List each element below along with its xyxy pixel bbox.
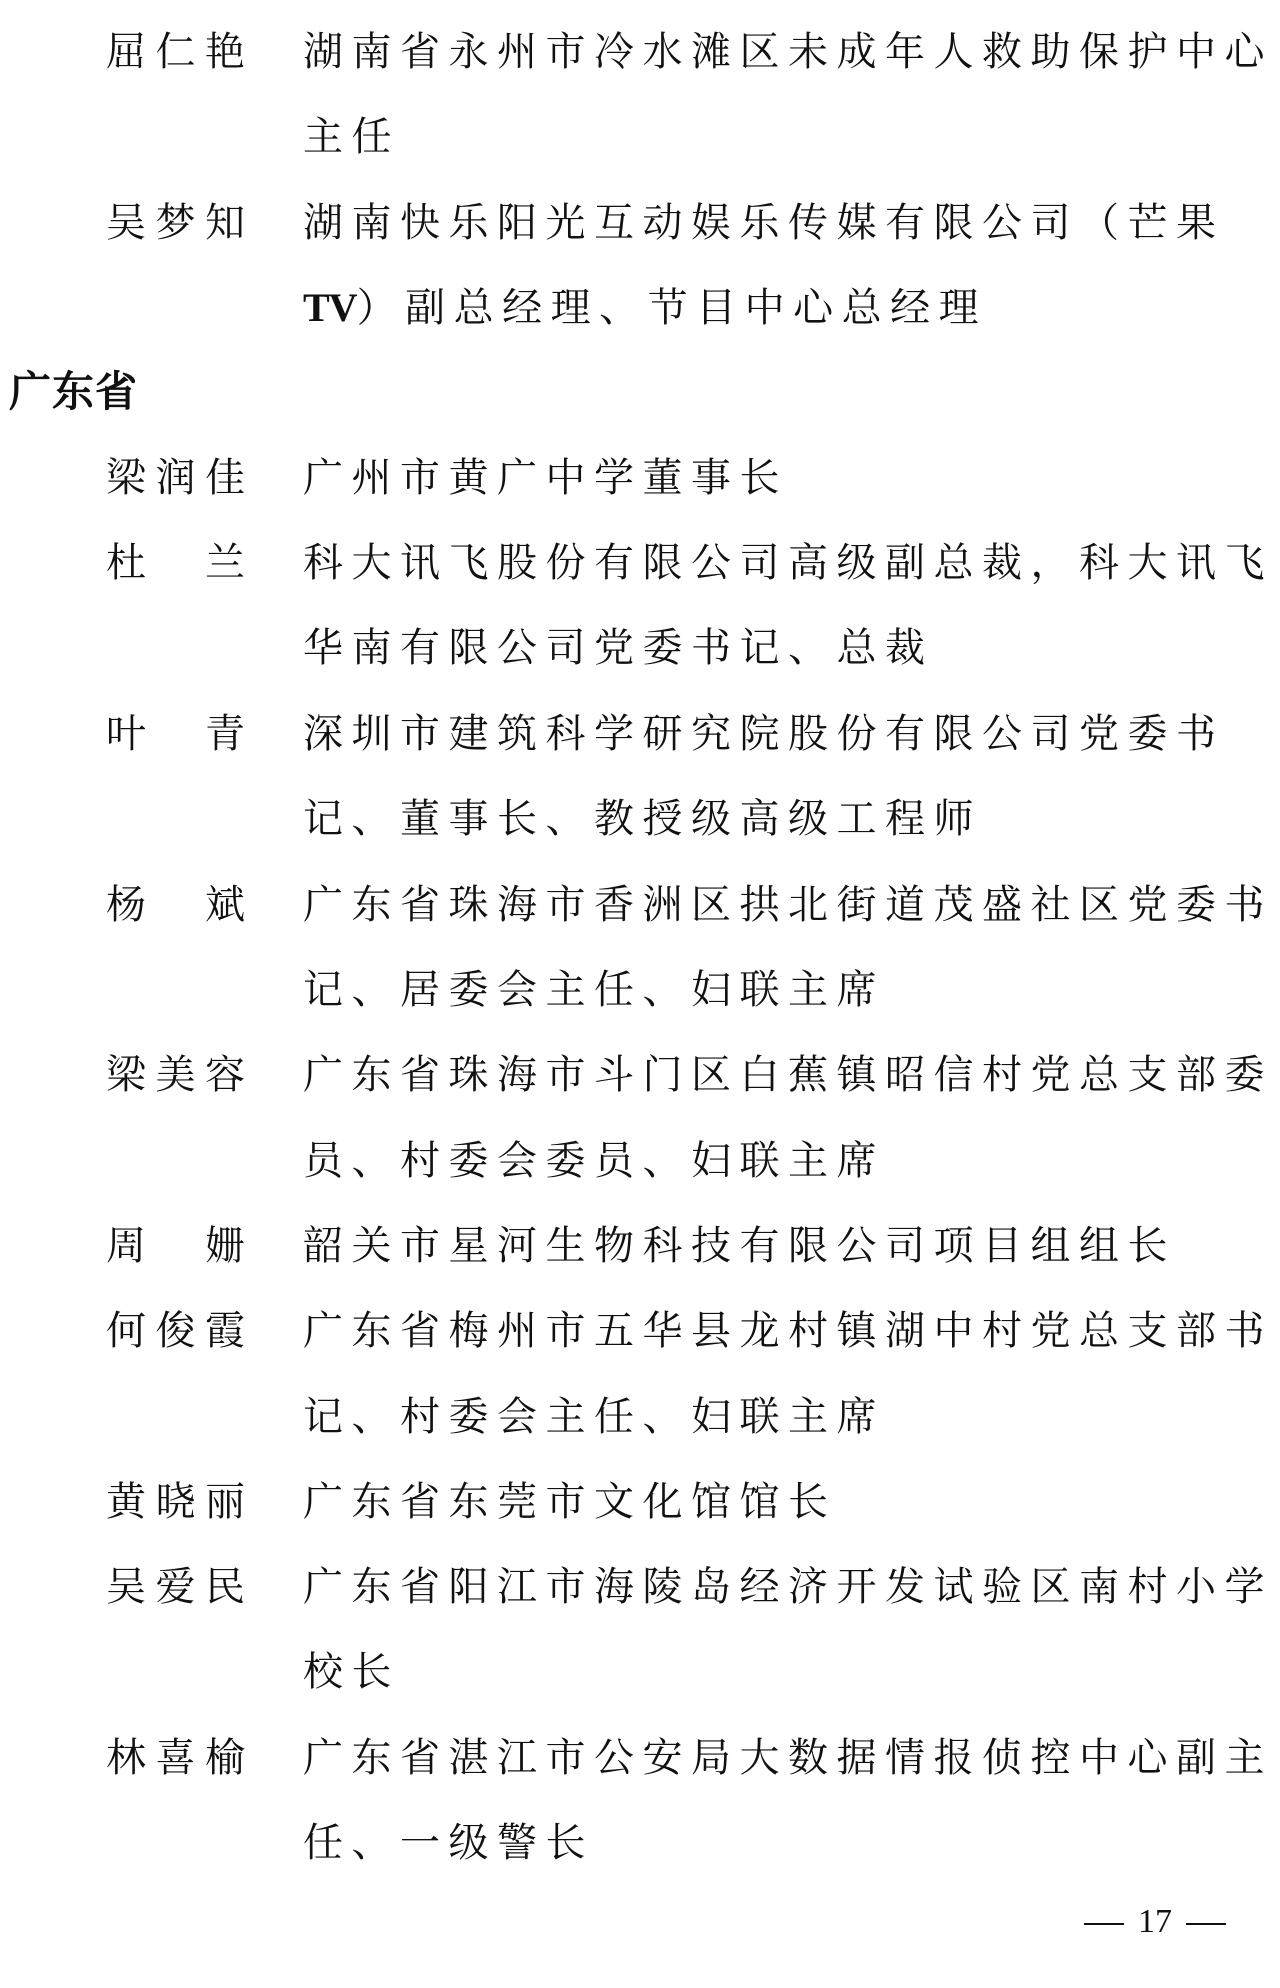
entry-name: 杨斌 (106, 880, 256, 930)
entry-name: 吴梦知 (106, 198, 256, 248)
dash-right (1186, 1923, 1226, 1925)
entry-description-line: 记、居委会主任、妇联主席 (303, 965, 1280, 1015)
entry-description-line: 湖南省永州市冷水滩区未成年人救助保护中心 (303, 27, 1280, 77)
entry-description-line: 韶关市星河生物科技有限公司项目组组长 (303, 1221, 1280, 1271)
dash-left (1084, 1923, 1124, 1925)
entry-name: 屈仁艳 (106, 27, 256, 77)
entry-name: 梁润佳 (106, 453, 256, 503)
entry-description-line: 记、董事长、教授级高级工程师 (303, 794, 1280, 844)
entry-description-line: 广东省湛江市公安局大数据情报侦控中心副主 (303, 1733, 1280, 1783)
entry-description-line: 深圳市建筑科学研究院股份有限公司党委书 (303, 709, 1280, 759)
page-number-value: 17 (1138, 1903, 1172, 1940)
entry-description-line: 广东省梅州市五华县龙村镇湖中村党总支部书 (303, 1306, 1280, 1356)
entry-description-line: 广东省阳江市海陵岛经济开发试验区南村小学 (303, 1562, 1280, 1612)
entry-description-line: 记、村委会主任、妇联主席 (303, 1392, 1280, 1442)
entry-description-line: 湖南快乐阳光互动娱乐传媒有限公司（芒果 (303, 198, 1280, 248)
section-heading-province: 广东省 (9, 367, 138, 417)
entry-name: 黄晓丽 (106, 1477, 256, 1527)
entry-description-line: 校长 (303, 1647, 1280, 1697)
entry-description-line: 员、村委会委员、妇联主席 (303, 1136, 1280, 1186)
entry-name: 何俊霞 (106, 1306, 256, 1356)
entry-description-line: 广东省珠海市香洲区拱北街道茂盛社区党委书 (303, 880, 1280, 930)
entry-description-line: 广东省珠海市斗门区白蕉镇昭信村党总支部委 (303, 1050, 1280, 1100)
entry-description-line: TV）副总经理、节目中心总经理 (303, 283, 1280, 333)
entry-description-line: 主任 (303, 112, 1280, 162)
entry-name: 林喜榆 (106, 1733, 256, 1783)
entry-description-line: 广东省东莞市文化馆馆长 (303, 1477, 1280, 1527)
entry-name: 吴爱民 (106, 1562, 256, 1612)
entry-description-line: 华南有限公司党委书记、总裁 (303, 623, 1280, 673)
entry-description-line: 任、一级警长 (303, 1818, 1280, 1868)
entry-name: 叶青 (106, 709, 256, 759)
page-number: 17 (1070, 1902, 1240, 1942)
entry-description-line: 广州市黄广中学董事长 (303, 453, 1280, 503)
entry-description-line: 科大讯飞股份有限公司高级副总裁，科大讯飞 (303, 538, 1280, 588)
entry-name: 杜兰 (106, 538, 256, 588)
entry-name: 梁美容 (106, 1050, 256, 1100)
document-page: 屈仁艳 湖南省永州市冷水滩区未成年人救助保护中心 主任 吴梦知 湖南快乐阳光互动… (0, 0, 1280, 1988)
entry-name: 周姗 (106, 1221, 256, 1271)
